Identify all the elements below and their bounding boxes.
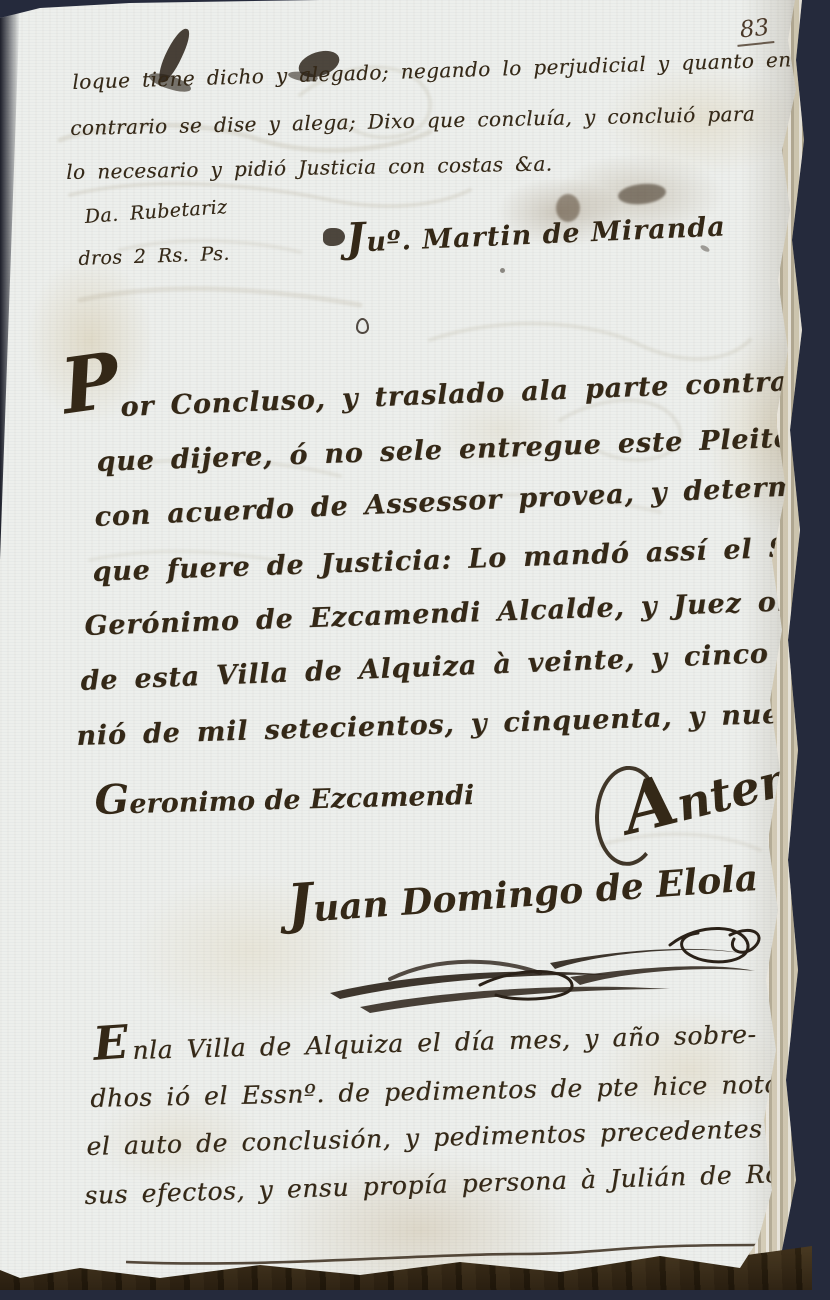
manuscript-line: sus efectos, y ensu propía persona à Jul… [84,1157,830,1210]
manuscript-line: nla Villa de Alquiza el día mes, y año s… [132,1020,757,1065]
photograph-background: 83 loque tiene dicho y alegado; negando … [0,0,830,1300]
ink-mark [356,318,369,334]
margin-note-line: Da. Rubetariz [84,196,228,228]
manuscript-line: or Concluso, y traslado ala parte contra… [120,359,830,423]
folio-number: 83 [735,14,775,47]
signature-geronimo-de-ezcamendi: Geronimo de Ezcamendi [94,766,475,824]
manuscript-line: contrario se dise y alega; Dixo que conc… [70,102,755,140]
rubric-flourish [300,915,770,1015]
manuscript-page: 83 loque tiene dicho y alegado; negando … [0,0,830,1300]
manuscript-line: el auto de conclusión, y pedimentos prec… [86,1112,830,1161]
manuscript-line: de esta Villa de Alquiza à veinte, y cin… [80,634,830,697]
manuscript-line: con acuerdo de Assessor provea, y determ… [94,467,830,533]
binding-shadow [0,0,20,560]
ink-smudge [323,228,345,246]
signature-martin-de-miranda: Juº. Martin de Miranda [345,197,727,262]
manuscript-line: que dijere, ó no sele entregue este Plei… [96,417,830,478]
manuscript-line: loque tiene dicho y alegado; negando lo … [72,47,792,94]
manuscript-line: Gerónimo de Ezcamendi Alcalde, y Juez or… [84,584,830,642]
ante-mi-swash: Antemí. [614,719,830,851]
notification-drop-cap: E [92,1024,130,1063]
manuscript-line: dhos ió el Essnº. de pedimentos de pte h… [90,1069,817,1113]
margin-note-line: dros 2 Rs. Ps. [78,243,230,270]
manuscript-line: que fuere de Justicia: Lo mandó assí el … [92,530,830,588]
manuscript-line: lo necesario y pidió Justicia con costas… [66,152,553,184]
decree-drop-cap: P [58,350,123,418]
manuscript-line: nió de mil setecientos, y cinquenta, y n… [76,698,818,752]
ink-dot [500,268,505,273]
